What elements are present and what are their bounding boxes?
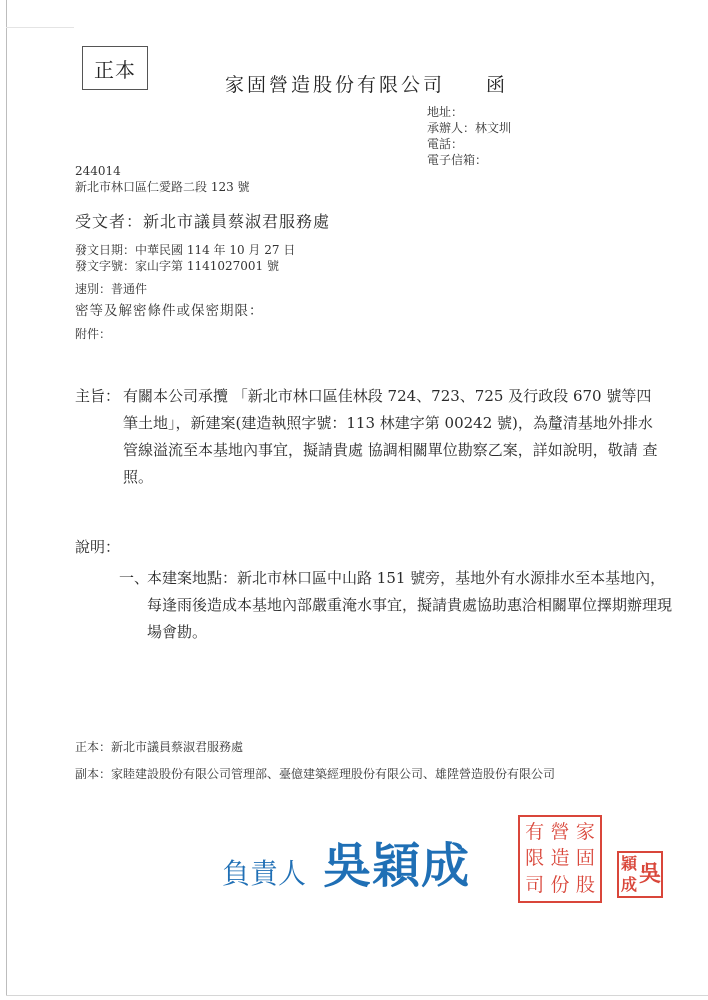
document-number: 發文字號：家山字第 1141027001 號 <box>75 258 295 274</box>
copy-type-stamp: 正本 <box>82 46 148 90</box>
postal-block: 244014 新北市林口區仁愛路二段 123 號 <box>75 163 250 195</box>
confidentiality: 密等及解密條件或保密期限： <box>75 303 295 319</box>
subject-body: 有關本公司承攬 「新北市林口區佳林段 724、723、725 及行政段 670 … <box>123 383 665 491</box>
explanation-item: 一、 本建案地點：新北市林口區中山路 151 號旁，基地外有水源排水至本基地內，… <box>75 565 675 646</box>
document-type: 函 <box>486 70 505 97</box>
subject-section: 主旨： 有關本公司承攬 「新北市林口區佳林段 724、723、725 及行政段 … <box>75 383 665 491</box>
seal-char: 份 <box>547 876 572 895</box>
seal-char: 有 <box>522 823 547 842</box>
page-edge-top <box>6 27 74 28</box>
postal-address: 新北市林口區仁愛路二段 123 號 <box>75 179 250 195</box>
explanation-section: 說明： 一、 本建案地點：新北市林口區中山路 151 號旁，基地外有水源排水至本… <box>75 537 675 646</box>
seal-char: 造 <box>547 849 572 868</box>
issue-date: 發文日期：中華民國 114 年 10 月 27 日 <box>75 242 295 258</box>
contact-handler: 承辦人：林文圳 <box>427 120 511 136</box>
contact-address: 地址： <box>427 104 511 120</box>
seal-char: 營 <box>547 823 572 842</box>
recipient: 受文者：新北市議員蔡淑君服務處 <box>75 209 330 232</box>
signature-title: 負責人 <box>222 852 306 892</box>
seal-char: 司 <box>522 876 547 895</box>
seal-char: 固 <box>573 849 598 868</box>
company-seal: 有 營 家 限 造 固 司 份 股 <box>518 815 602 903</box>
seal-char: 限 <box>522 849 547 868</box>
signature: 負責人 吳穎成 <box>222 840 470 892</box>
page-edge-left <box>6 0 7 995</box>
attachments: 附件： <box>75 326 295 342</box>
explanation-label: 說明： <box>75 537 675 557</box>
seal-char: 成 <box>619 877 639 893</box>
subject-label: 主旨： <box>75 383 120 410</box>
original-recipient: 正本：新北市議員蔡淑君服務處 <box>75 739 555 755</box>
seal-char: 吳 <box>639 864 661 886</box>
seal-char: 穎 <box>619 856 639 872</box>
contact-block: 地址： 承辦人：林文圳 電話： 電子信箱： <box>427 104 511 168</box>
postal-code: 244014 <box>75 163 250 179</box>
page-edge-bottom <box>6 995 708 996</box>
delivery-speed: 速別：普通件 <box>75 281 295 297</box>
personal-seal: 穎 吳 成 <box>617 851 663 898</box>
contact-phone: 電話： <box>427 136 511 152</box>
seal-char: 家 <box>573 823 598 842</box>
contact-email: 電子信箱： <box>427 152 511 168</box>
company-title: 家固營造股份有限公司 <box>225 70 445 97</box>
meta-block: 發文日期：中華民國 114 年 10 月 27 日 發文字號：家山字第 1141… <box>75 242 295 342</box>
explanation-item-text: 本建案地點：新北市林口區中山路 151 號旁，基地外有水源排水至本基地內，每逢雨… <box>147 569 672 641</box>
signature-name: 吳穎成 <box>323 840 470 892</box>
seal-char: 股 <box>573 876 598 895</box>
copy-recipients: 副本：家睦建設股份有限公司管理部、臺億建築經理股份有限公司、雄陞營造股份有限公司 <box>75 766 555 782</box>
distribution-block: 正本：新北市議員蔡淑君服務處 副本：家睦建設股份有限公司管理部、臺億建築經理股份… <box>75 739 555 782</box>
explanation-item-number: 一、 <box>119 565 149 592</box>
